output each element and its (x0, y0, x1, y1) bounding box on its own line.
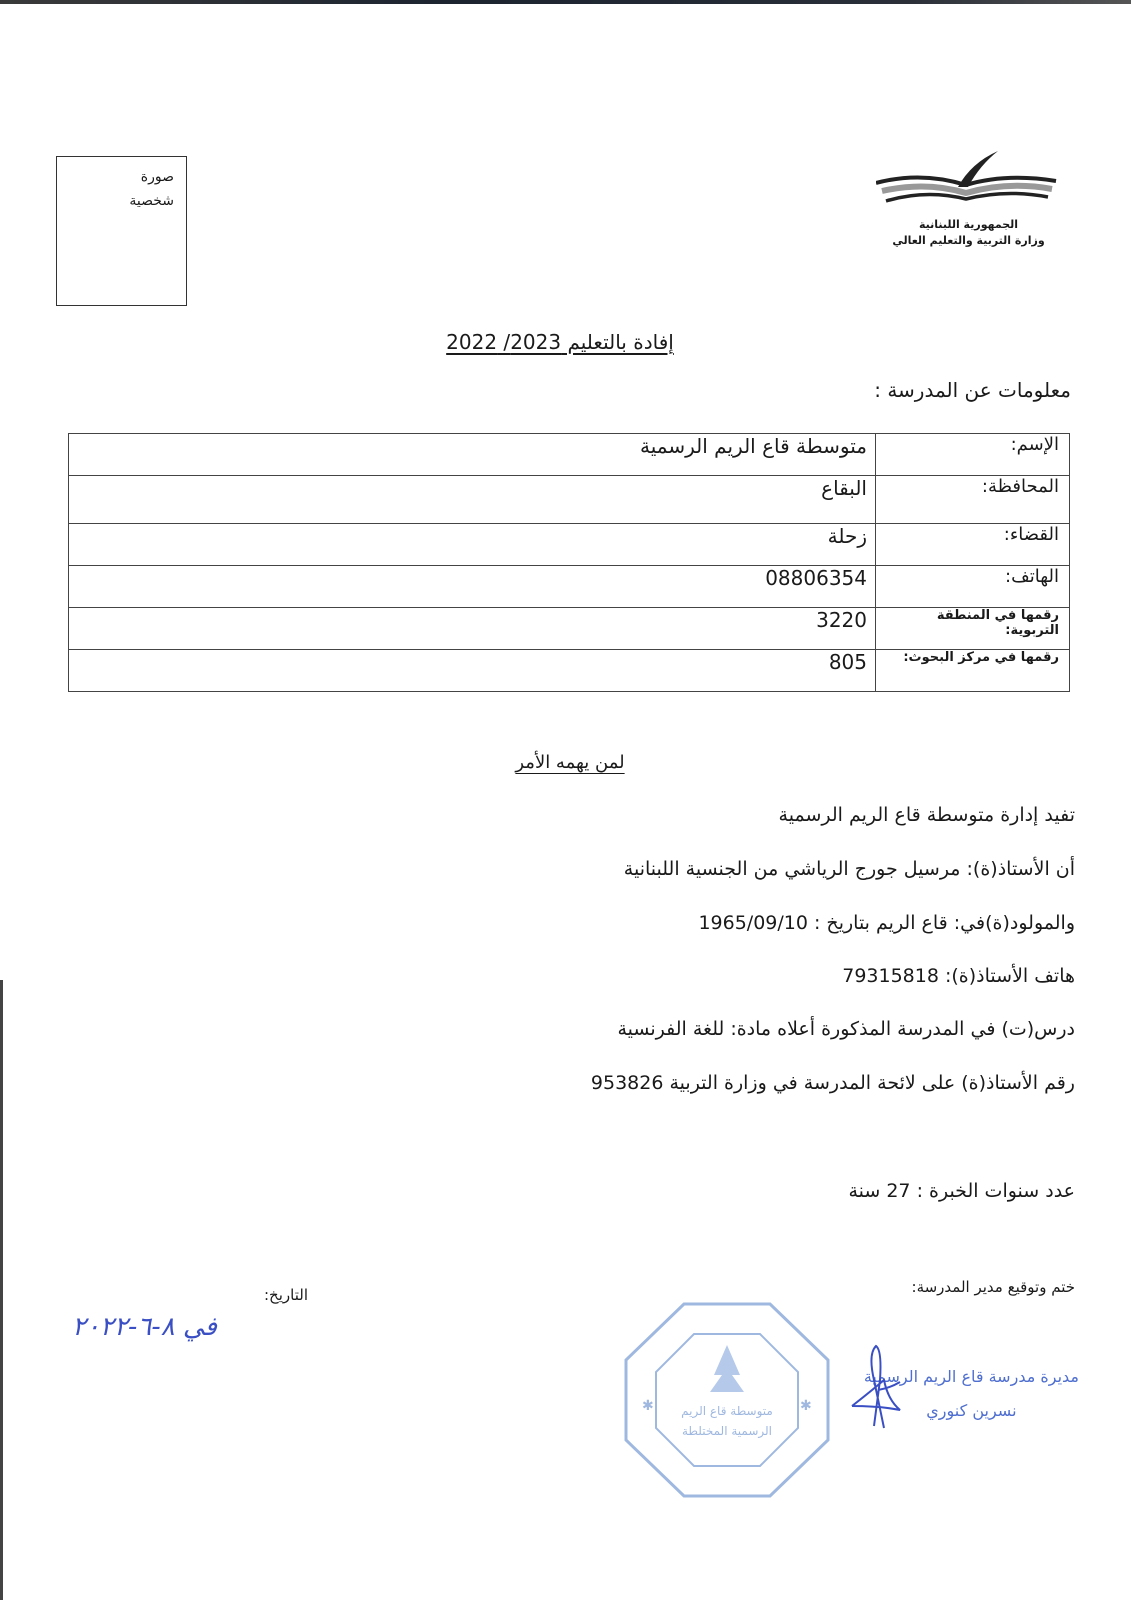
handwritten-signature-icon (850, 1340, 930, 1430)
label-district: القضاء: (876, 524, 1070, 566)
principal-signature (850, 1340, 930, 1430)
value-phone: 08806354 (69, 566, 876, 608)
scan-edge-top (0, 0, 1131, 4)
scan-edge-left (0, 980, 3, 1600)
value-name: متوسطة قاع الريم الرسمية (69, 434, 876, 476)
table-row: الهاتف: 08806354 (69, 566, 1070, 608)
value-governorate: البقاع (69, 476, 876, 524)
photo-label-line1: صورة (129, 165, 174, 189)
experience-years: عدد سنوات الخبرة : 27 سنة (848, 1180, 1075, 1202)
table-row: رقمها في المنطقة التربوية: 3220 (69, 608, 1070, 650)
svg-text:الرسمية المختلطة: الرسمية المختلطة (682, 1424, 772, 1439)
svg-text:متوسطة قاع الريم: متوسطة قاع الريم (681, 1404, 773, 1419)
label-research-center-number: رقمها في مركز البحوث: (876, 650, 1070, 692)
school-info-table: الإسم: متوسطة قاع الريم الرسمية المحافظة… (68, 433, 1070, 692)
label-phone: الهاتف: (876, 566, 1070, 608)
handwritten-date: في ٨-٦-٢٠٢٢ (72, 1312, 217, 1342)
value-research-center-number: 805 (69, 650, 876, 692)
value-district: زحلة (69, 524, 876, 566)
school-info-heading: معلومات عن المدرسة : (874, 378, 1071, 402)
certificate-line-teacher-name: أن الأستاذ(ة): مرسيل جورج الرياشي من الج… (624, 858, 1075, 880)
label-governorate: المحافظة: (876, 476, 1070, 524)
label-regional-number: رقمها في المنطقة التربوية: (876, 608, 1070, 650)
certificate-line-subject: درس(ت) في المدرسة المذكورة أعلاه مادة: ل… (617, 1018, 1075, 1040)
certificate-line-teacher-number: رقم الأستاذ(ة) على لائحة المدرسة في وزار… (591, 1072, 1075, 1094)
photo-placeholder-box: صورة شخصية (56, 156, 187, 306)
logo-line-ministry: وزارة التربية والتعليم العالي (876, 233, 1061, 249)
certificate-line-1: تفيد إدارة متوسطة قاع الريم الرسمية (779, 804, 1075, 826)
table-row: القضاء: زحلة (69, 524, 1070, 566)
document-title: إفادة بالتعليم 2023/ 2022 (430, 330, 690, 354)
ministry-logo: الجمهورية اللبنانية وزارة التربية والتعل… (876, 145, 1061, 255)
open-book-quill-icon (876, 145, 1061, 215)
table-row: رقمها في مركز البحوث: 805 (69, 650, 1070, 692)
certificate-line-birth: والمولود(ة)في: قاع الريم بتاريخ : 1965/0… (698, 912, 1075, 934)
svg-text:✱: ✱ (800, 1398, 812, 1414)
to-whom-heading: لمن يهمه الأمر (500, 752, 640, 773)
date-label: التاريخ: (264, 1286, 308, 1304)
table-row: الإسم: متوسطة قاع الريم الرسمية (69, 434, 1070, 476)
certificate-line-teacher-phone: هاتف الأستاذ(ة): 79315818 (842, 965, 1075, 987)
svg-text:✱: ✱ (642, 1398, 654, 1414)
logo-line-republic: الجمهورية اللبنانية (876, 217, 1061, 233)
table-row: المحافظة: البقاع (69, 476, 1070, 524)
label-name: الإسم: (876, 434, 1070, 476)
official-school-stamp: متوسطة قاع الريم الرسمية المختلطة ✱ ✱ (622, 1300, 832, 1500)
octagon-stamp-icon: متوسطة قاع الريم الرسمية المختلطة ✱ ✱ (622, 1300, 832, 1500)
value-regional-number: 3220 (69, 608, 876, 650)
photo-label-line2: شخصية (129, 189, 174, 213)
signature-label: ختم وتوقيع مدير المدرسة: (912, 1278, 1075, 1296)
